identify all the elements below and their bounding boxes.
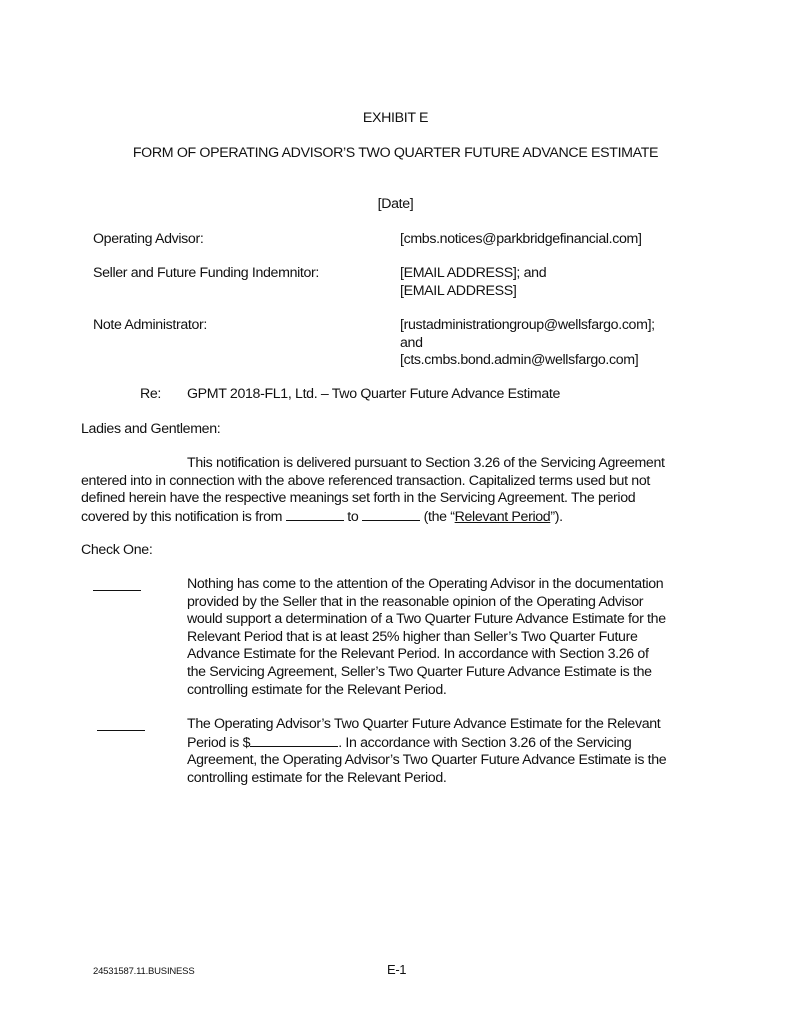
recipient-email-operating-advisor: [cmbs.notices@parkbridgefinancial.com] (400, 231, 642, 247)
period-end-blank[interactable] (362, 508, 420, 521)
intro-text: (the “ (420, 509, 455, 525)
estimate-amount-blank[interactable] (250, 734, 338, 747)
relevant-period-term: Relevant Period (455, 509, 551, 525)
option-1-text: Nothing has come to the attention of the… (187, 576, 700, 699)
intro-line-4: covered by this notification is from to … (81, 508, 700, 527)
option-2-line: Period is $. In accordance with Section … (187, 734, 700, 753)
intro-line-2: entered into in connection with the abov… (81, 473, 700, 491)
seller-email-1: [EMAIL ADDRESS]; and (400, 265, 546, 283)
option-2-text: The Operating Advisor’s Two Quarter Futu… (187, 716, 700, 787)
intro-line-3: defined herein have the respective meani… (81, 490, 700, 508)
seller-email-2: [EMAIL ADDRESS] (400, 283, 546, 301)
option-2-checkbox-blank[interactable] (97, 716, 145, 731)
salutation: Ladies and Gentlemen: (81, 421, 220, 437)
option-2-line: The Operating Advisor’s Two Quarter Futu… (187, 716, 700, 734)
note-admin-email-1: [rustadministrationgroup@wellsfargo.com]… (400, 317, 655, 335)
option-1-line: Nothing has come to the attention of the… (187, 576, 700, 594)
recipient-label-seller: Seller and Future Funding Indemnitor: (93, 265, 319, 281)
option-1-line: provided by the Seller that in the reaso… (187, 594, 700, 612)
exhibit-heading: EXHIBIT E (0, 110, 791, 126)
intro-text: covered by this notification is from (81, 509, 286, 525)
option-2-text-fragment: Period is $ (187, 735, 250, 751)
re-label: Re: (140, 386, 161, 402)
note-admin-email-2: [cts.cmbs.bond.admin@wellsfargo.com] (400, 352, 655, 370)
recipient-label-operating-advisor: Operating Advisor: (93, 231, 203, 247)
form-title: FORM OF OPERATING ADVISOR’S TWO QUARTER … (0, 145, 791, 161)
option-1-line: the Servicing Agreement, Seller’s Two Qu… (187, 664, 700, 682)
page-number: E-1 (387, 962, 406, 977)
option-1-checkbox-blank[interactable] (93, 576, 141, 591)
intro-line-1: This notification is delivered pursuant … (81, 455, 700, 473)
option-2-line: controlling estimate for the Relevant Pe… (187, 770, 700, 788)
note-admin-conjunction: and (400, 335, 655, 353)
intro-text: ”). (550, 509, 562, 525)
period-start-blank[interactable] (286, 508, 344, 521)
date-placeholder: [Date] (0, 196, 791, 212)
option-2-text-fragment: . In accordance with Section 3.26 of the… (338, 735, 631, 751)
recipient-label-note-administrator: Note Administrator: (93, 317, 207, 333)
intro-paragraph: This notification is delivered pursuant … (81, 455, 700, 526)
option-1-line: Relevant Period that is at least 25% hig… (187, 629, 700, 647)
option-1-line: Advance Estimate for the Relevant Period… (187, 646, 700, 664)
recipient-emails-note-administrator: [rustadministrationgroup@wellsfargo.com]… (400, 317, 655, 370)
recipient-emails-seller: [EMAIL ADDRESS]; and [EMAIL ADDRESS] (400, 265, 546, 300)
document-id: 24531587.11.BUSINESS (93, 966, 194, 977)
re-subject: GPMT 2018-FL1, Ltd. – Two Quarter Future… (187, 386, 560, 402)
check-one-label: Check One: (81, 542, 152, 558)
option-1-line: would support a determination of a Two Q… (187, 611, 700, 629)
option-2-line: Agreement, the Operating Advisor’s Two Q… (187, 752, 700, 770)
option-1-line: controlling estimate for the Relevant Pe… (187, 682, 700, 700)
intro-text: to (344, 509, 362, 525)
